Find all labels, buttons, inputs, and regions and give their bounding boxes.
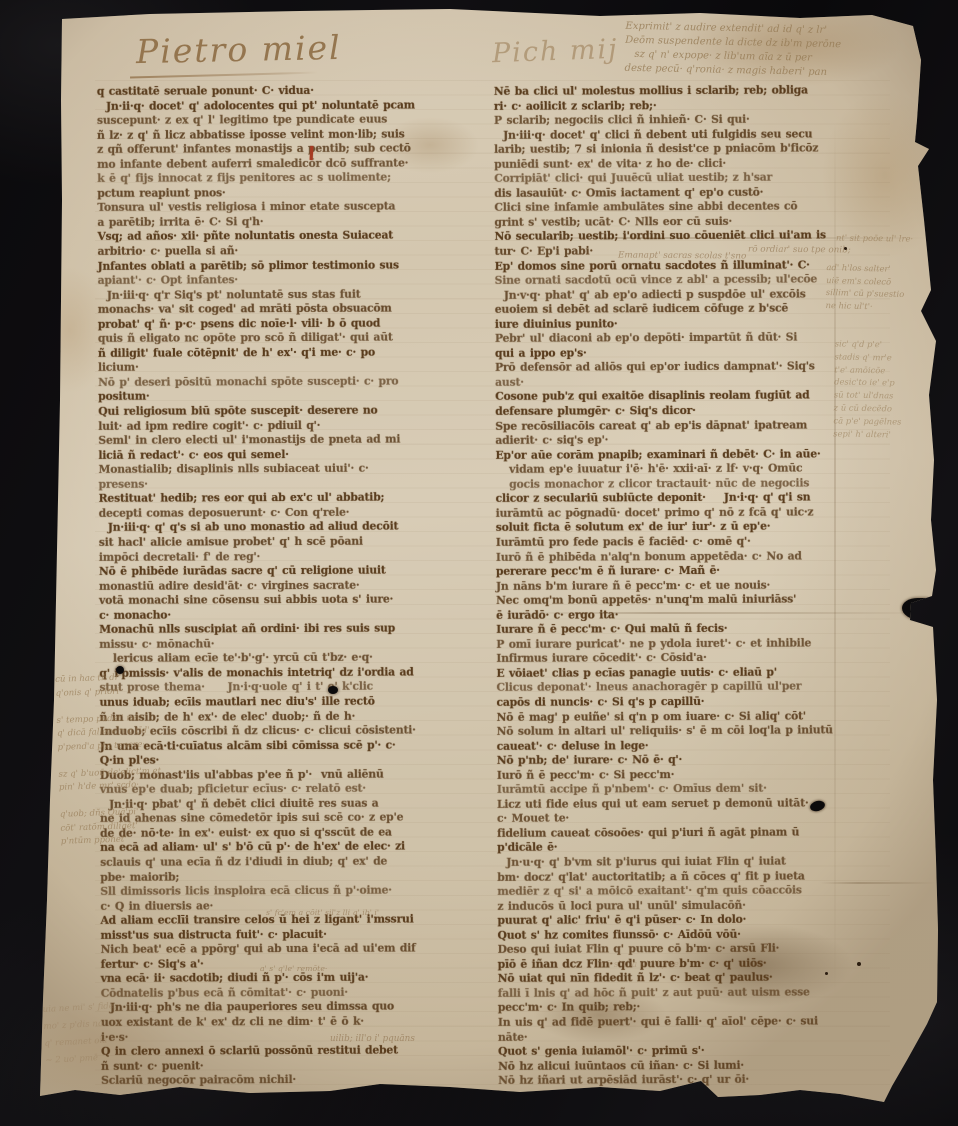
margin-gloss-line: ne hic ul't'· — [825, 298, 904, 313]
margin-gloss-line: z ū cū decēdo — [834, 401, 902, 415]
left-margin-lower-gloss: uia ne mi' s' fide;mo' z p'dis no'q' rem… — [42, 998, 120, 1070]
margin-gloss-line: nt' sit poōe ul' lre· — [836, 231, 913, 245]
inscription-underline-flourish — [130, 72, 318, 79]
manuscript-text-line: Nō hz iñari ut arpēsiād iurāst'· c· q' u… — [498, 1072, 890, 1088]
parchment-hole — [116, 666, 124, 674]
parchment-hole — [328, 686, 338, 694]
photograph-of-manuscript: Pietro miel Pich mij Exprimit' z audire … — [0, 0, 958, 1126]
interlinear-cursive-note: Emanapt' sacras scolas t'sno — [618, 250, 746, 261]
interlinear-cursive-note: s' fc'em a cōit' sil'z lli q' ib' i' — [266, 908, 379, 917]
margin-gloss-line: sepi' h' alteri' — [833, 427, 901, 441]
ink-speck — [844, 247, 847, 250]
text-column-right: Nē ba clici ul' molestus mollius i sclar… — [494, 83, 890, 1088]
margin-gloss-line: desic'to ie' e'p — [834, 376, 902, 390]
interlinear-cursive-note: nō s' dīa uid'i fiue' — [600, 960, 681, 970]
ink-speck — [825, 972, 828, 975]
right-margin-gloss-c: sic' q'd p'e'stadis q' mr'et'e' amōicōed… — [833, 337, 903, 441]
ownership-inscription-left: Pietro miel — [136, 28, 342, 71]
ownership-inscription-right: Pich mij — [491, 34, 619, 69]
interlinear-cursive-note: a' s' q'le' remōte· — [260, 964, 327, 973]
top-right-cursive-annotation: Exprimit' z audire extendit' ad id q' z … — [624, 20, 841, 81]
margin-gloss-line: cā p'e' pagēlnes — [833, 414, 901, 428]
margin-gloss-line: sū tot' ul'dnas — [834, 389, 902, 403]
margin-gloss-line: t'e' amōicōe — [834, 363, 902, 377]
left-margin-gloss: cū in hac tñ dr'·q'onis q' priori' s' te… — [55, 670, 164, 849]
text-column-left: q castitatē seruale ponunt· C· vidua· Jn… — [97, 83, 493, 1088]
ink-speck — [857, 962, 861, 966]
margin-gloss-line: stadis q' mr'e — [834, 350, 902, 364]
right-margin-gloss-a: nt' sit poōe ul' lre· — [836, 231, 913, 245]
parchment-leaf: Pietro miel Pich mij Exprimit' z audire … — [0, 0, 958, 1126]
manuscript-text-line: Sclariū negocōr pairacōm nichil· — [101, 1072, 493, 1088]
margin-gloss-line: sic' q'd p'e' — [835, 337, 903, 351]
right-margin-gloss-b: ad' h'los salter'uiē em's colecōsillim' … — [825, 261, 905, 313]
interlinear-cursive-note: uilib; ill'o i' pquāns — [330, 1034, 415, 1044]
edge-tear-notch — [902, 598, 936, 620]
interlinear-cursive-note: rō ordiar' suo tpe onib; — [748, 245, 851, 256]
